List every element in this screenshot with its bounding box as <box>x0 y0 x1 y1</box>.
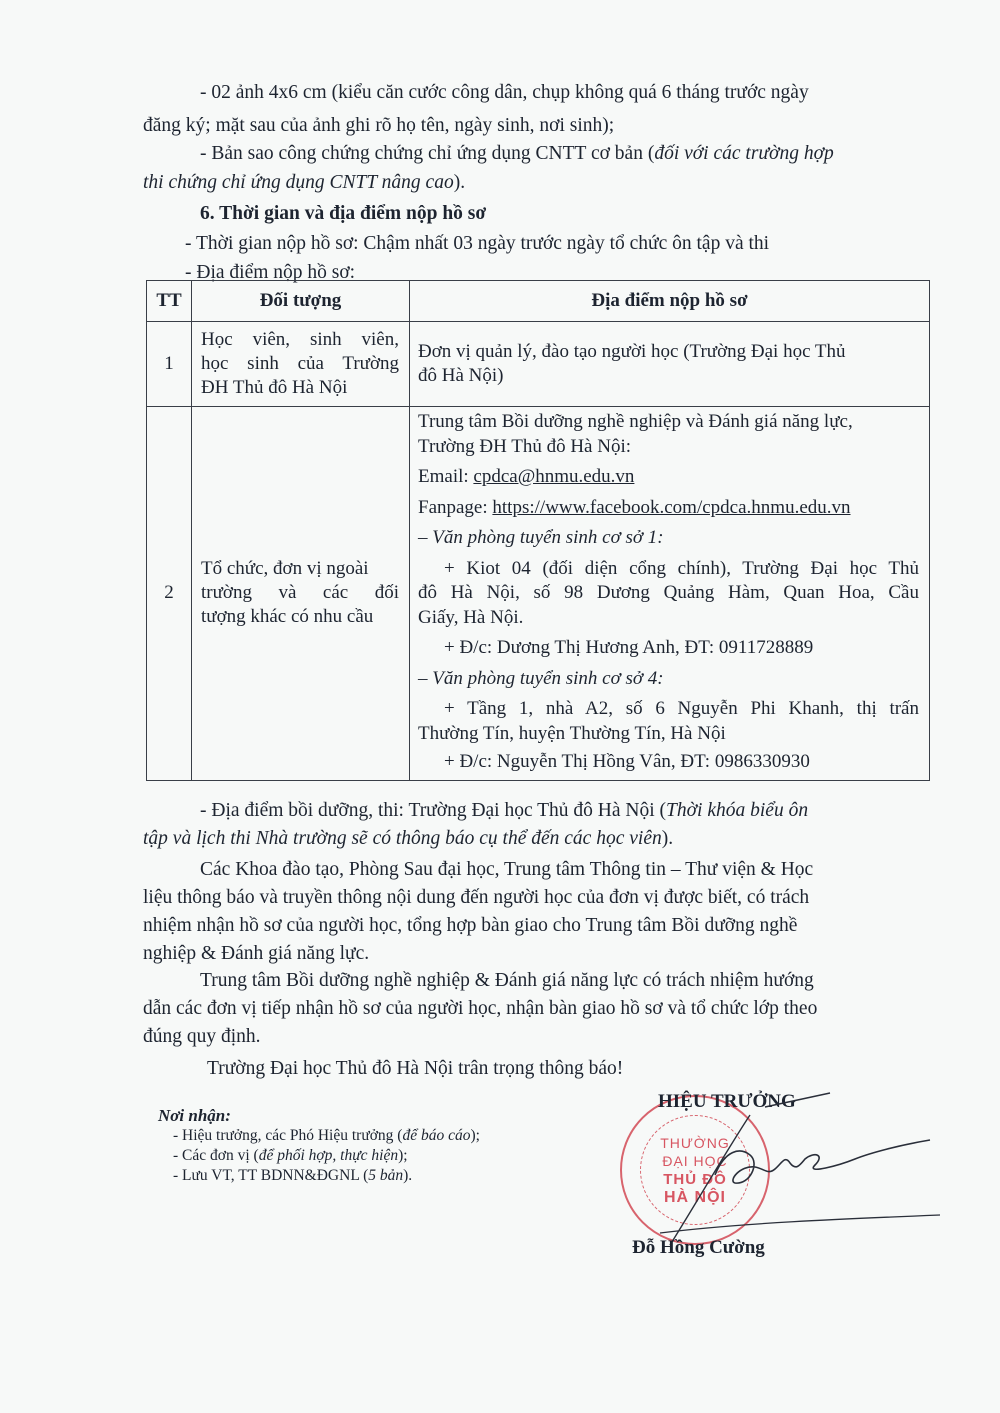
office1-contact: + Đ/c: Dương Thị Hương Anh, ĐT: 09117288… <box>418 636 919 661</box>
office1-address-line2: đô Hà Nội, số 98 Dương Quảng Hàm, Quan H… <box>418 581 919 606</box>
section-heading: 6. Thời gian và địa điểm nộp hồ sơ <box>200 203 486 225</box>
office4-address-line2: Thường Tín, huyện Thường Tín, Hà Nội <box>418 722 919 747</box>
signer-name: Đỗ Hồng Cường <box>632 1237 765 1259</box>
row2-object: Tổ chức, đơn vị ngoài trường và các đối … <box>192 407 410 781</box>
office1-address-line1: + Kiot 04 (đối diện cổng chính), Trường … <box>418 557 919 582</box>
office4-title: – Văn phòng tuyển sinh cơ sở 4: <box>418 667 919 692</box>
center-name-line1: Trung tâm Bồi dưỡng nghề nghiệp và Đánh … <box>418 410 919 435</box>
table-header-row: TT Đối tượng Địa điểm nộp hồ sơ <box>147 281 930 322</box>
photo-requirement-line2: đăng ký; mặt sau của ảnh ghi rõ họ tên, … <box>143 115 614 137</box>
fanpage-label: Fanpage: <box>418 497 492 518</box>
email-label: Email: <box>418 466 473 487</box>
center-duty-line1: Trung tâm Bồi dưỡng nghề nghiệp & Đánh g… <box>200 970 814 992</box>
closing-line: Trường Đại học Thủ đô Hà Nội trân trọng … <box>207 1058 623 1080</box>
office4-contact: + Đ/c: Nguyễn Thị Hồng Vân, ĐT: 09863309… <box>418 750 919 775</box>
header-tt: TT <box>147 281 192 322</box>
office4-address-line1: + Tầng 1, nhà A2, số 6 Nguyễn Phi Khanh,… <box>418 697 919 722</box>
faculties-line4: nghiệp & Đánh giá năng lực. <box>143 943 369 965</box>
faculties-line3: nhiệm nhận hồ sơ của người học, tổng hợp… <box>143 915 797 937</box>
center-duty-line2: dẫn các đơn vị tiếp nhận hồ sơ của người… <box>143 998 817 1020</box>
copy-requirement-line1: - Bản sao công chứng chứng chỉ ứng dụng … <box>200 143 834 165</box>
venue-line2: tập và lịch thi Nhà trường sẽ có thông b… <box>143 828 673 850</box>
recipient-item: - Hiệu trưởng, các Phó Hiệu trưởng (để b… <box>160 1126 480 1146</box>
submission-deadline: - Thời gian nộp hồ sơ: Chậm nhất 03 ngày… <box>185 233 769 255</box>
row2-tt: 2 <box>147 407 192 781</box>
row1-location: Đơn vị quản lý, đào tạo người học (Trườn… <box>410 322 930 407</box>
faculties-line1: Các Khoa đào tạo, Phòng Sau đại học, Tru… <box>200 859 813 881</box>
signature-block: THƯỜNG ĐẠI HỌC THỦ ĐÔ HÀ NỘI HIỆU TRƯỞNG… <box>600 1085 940 1275</box>
venue-line1: - Địa điểm bồi dưỡng, thi: Trường Đại họ… <box>200 800 808 822</box>
office1-address-line3: Giấy, Hà Nội. <box>418 606 919 631</box>
table-row: 1 Học viên, sinh viên, học sinh của Trườ… <box>147 322 930 407</box>
row2-location: Trung tâm Bồi dưỡng nghề nghiệp và Đánh … <box>410 407 930 781</box>
faculties-line2: liệu thông báo và truyền thông nội dung … <box>143 887 809 909</box>
row1-object: Học viên, sinh viên, học sinh của Trường… <box>192 322 410 407</box>
row1-tt: 1 <box>147 322 192 407</box>
header-location: Địa điểm nộp hồ sơ <box>410 281 930 322</box>
recipients-block: Nơi nhận: - Hiệu trưởng, các Phó Hiệu tr… <box>160 1106 480 1186</box>
fanpage-link[interactable]: https://www.facebook.com/cpdca.hnmu.edu.… <box>492 497 850 518</box>
recipient-item: - Các đơn vị (để phối hợp, thực hiện); <box>160 1146 480 1166</box>
submission-location-table: TT Đối tượng Địa điểm nộp hồ sơ 1 Học vi… <box>146 280 930 781</box>
email-link[interactable]: cpdca@hnmu.edu.vn <box>473 466 634 487</box>
office1-title: – Văn phòng tuyển sinh cơ sở 1: <box>418 526 919 551</box>
header-object: Đối tượng <box>192 281 410 322</box>
recipients-title: Nơi nhận: <box>158 1106 480 1126</box>
photo-requirement-line1: - 02 ảnh 4x6 cm (kiểu căn cước công dân,… <box>200 82 809 104</box>
recipient-item: - Lưu VT, TT BDNN&ĐGNL (5 bản). <box>160 1166 480 1186</box>
center-name-line2: Trường ĐH Thủ đô Hà Nội: <box>418 435 919 460</box>
copy-requirement-line2: thi chứng chỉ ứng dụng CNTT nâng cao). <box>143 172 465 194</box>
table-row: 2 Tổ chức, đơn vị ngoài trường và các đố… <box>147 407 930 781</box>
center-duty-line3: đúng quy định. <box>143 1026 261 1048</box>
